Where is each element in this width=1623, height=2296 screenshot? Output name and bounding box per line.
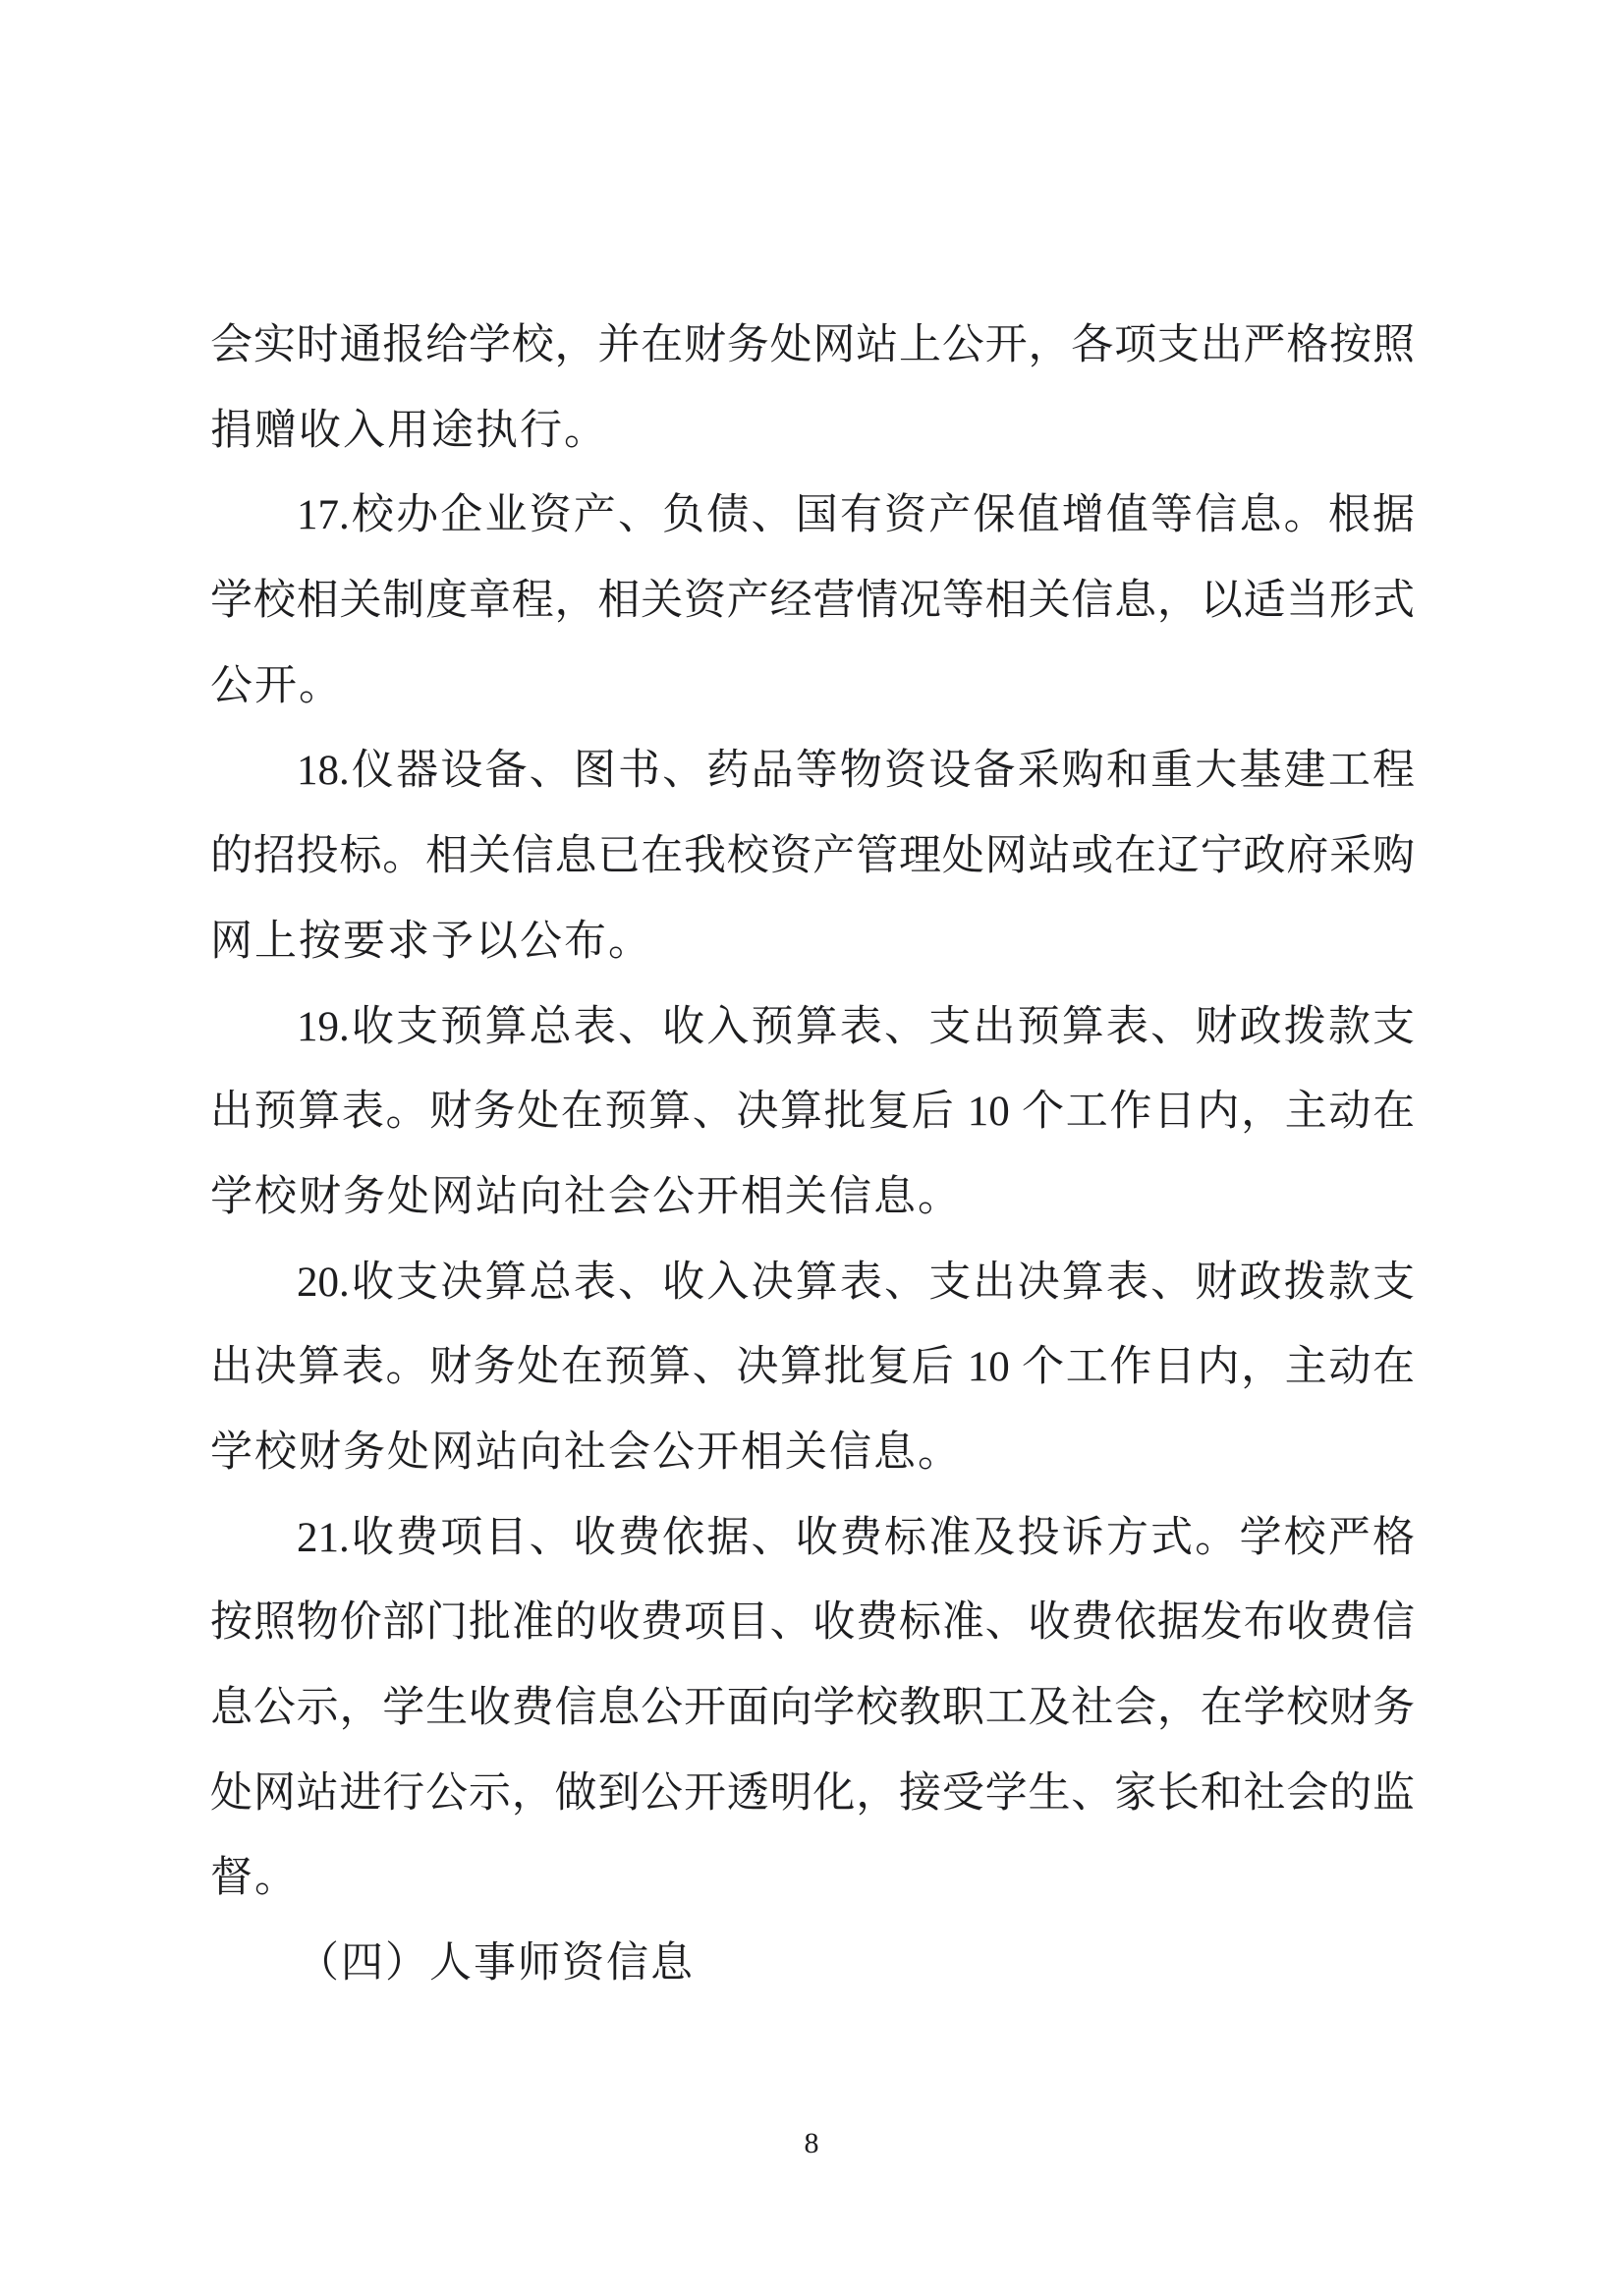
text-line-item-20: 20.收支决算总表、收入决算表、支出决算表、财政拨款支 [210,1241,1415,1326]
text-line: 会实时通报给学校，并在财务处网站上公开，各项支出严格按照 [210,304,1415,389]
text-line: 出预算表。财务处在预算、决算批复后 10 个工作日内，主动在 [210,1070,1415,1155]
text-line: 网上按要求予以公布。 [210,900,1415,985]
text-line: 捐赠收入用途执行。 [210,389,1415,475]
text-line: 息公示，学生收费信息公开面向学校教职工及社会，在学校财务 [210,1666,1415,1752]
text-line: 出决算表。财务处在预算、决算批复后 10 个工作日内，主动在 [210,1325,1415,1411]
text-line-item-21: 21.收费项目、收费依据、收费标准及投诉方式。学校严格 [210,1496,1415,1582]
text-line: 学校财务处网站向社会公开相关信息。 [210,1155,1415,1241]
text-line: 学校财务处网站向社会公开相关信息。 [210,1411,1415,1496]
page-footer: 8 [0,2124,1623,2163]
text-line: 督。 [210,1836,1415,1922]
document-page: 会实时通报给学校，并在财务处网站上公开，各项支出严格按照 捐赠收入用途执行。 1… [0,0,1623,2296]
text-line: 公开。 [210,644,1415,730]
text-line: 按照物价部门批准的收费项目、收费标准、收费依据发布收费信 [210,1581,1415,1666]
page-number: 8 [805,2127,819,2159]
text-line: 学校相关制度章程，相关资产经营情况等相关信息，以适当形式 [210,559,1415,644]
text-line: 处网站进行公示，做到公开透明化，接受学生、家长和社会的监 [210,1752,1415,1837]
document-body: 会实时通报给学校，并在财务处网站上公开，各项支出严格按照 捐赠收入用途执行。 1… [210,304,1415,2007]
text-line-item-18: 18.仪器设备、图书、药品等物资设备采购和重大基建工程 [210,729,1415,814]
text-line-item-17: 17.校办企业资产、负债、国有资产保值增值等信息。根据 [210,474,1415,559]
text-line: 的招投标。相关信息已在我校资产管理处网站或在辽宁政府采购 [210,814,1415,900]
section-heading: （四）人事师资信息 [210,1922,1415,2007]
text-line-item-19: 19.收支预算总表、收入预算表、支出预算表、财政拨款支 [210,985,1415,1071]
